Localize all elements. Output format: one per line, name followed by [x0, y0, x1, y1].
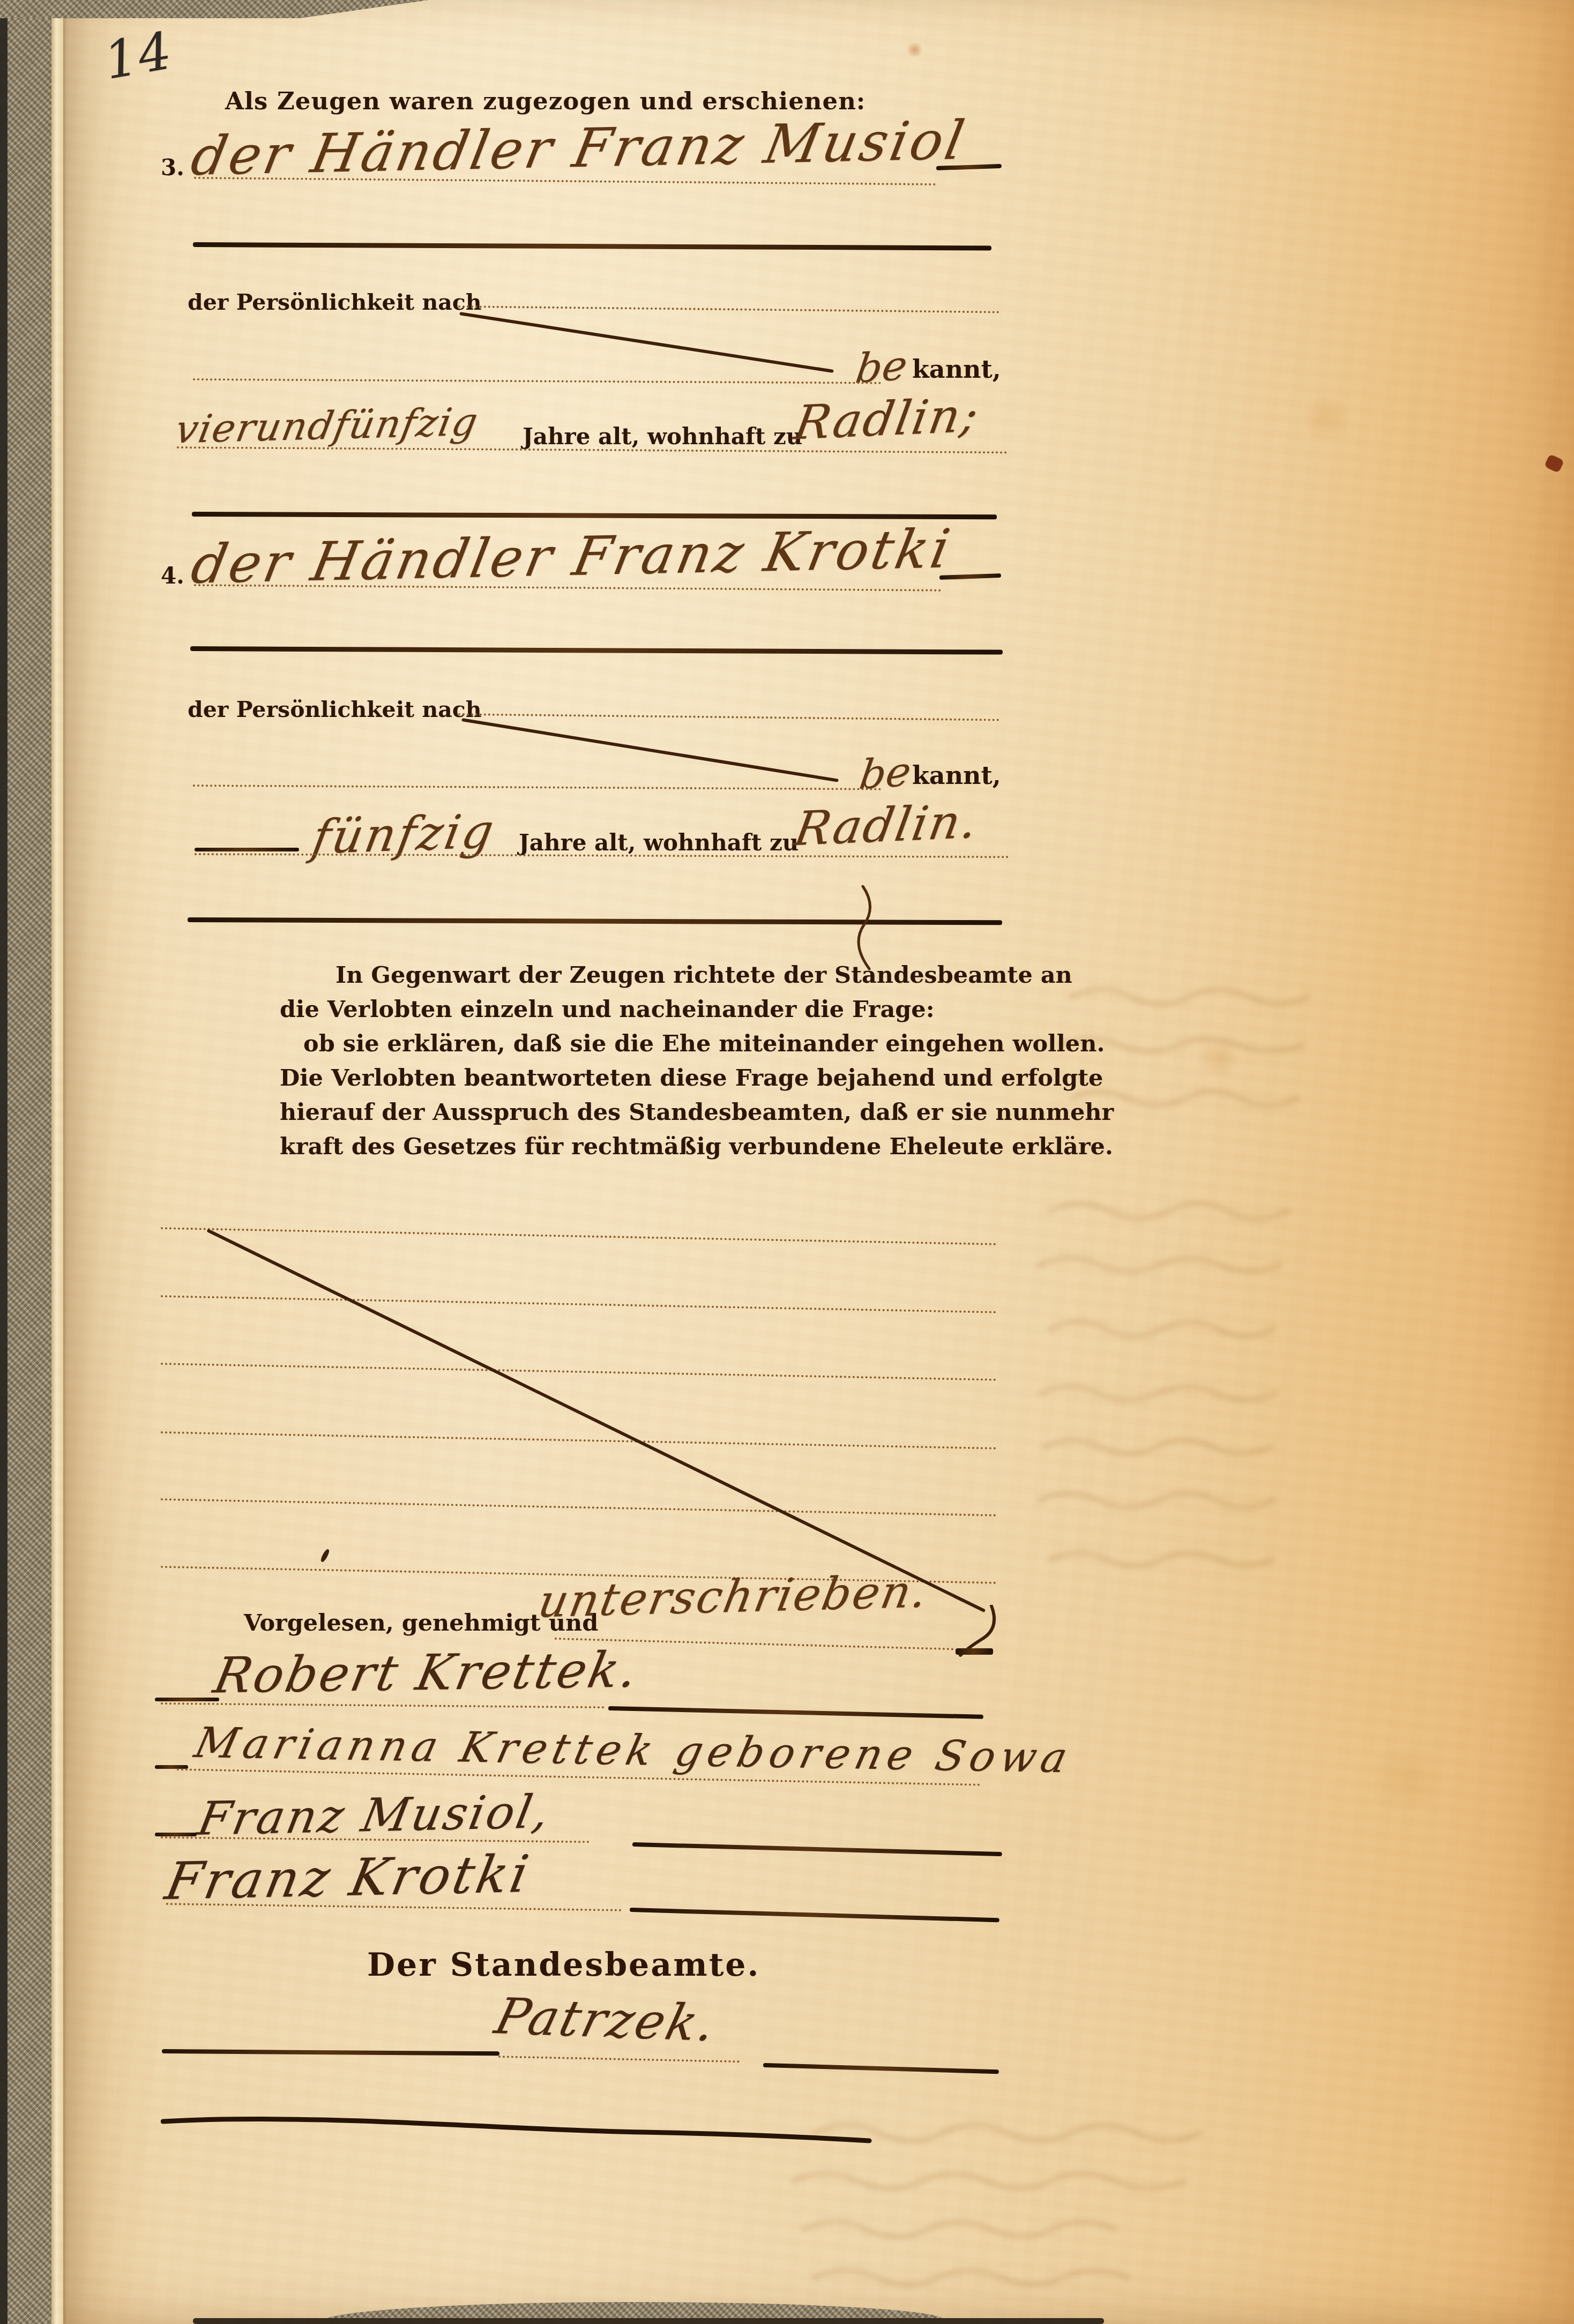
witness3-identity-label: der Persönlichkeit nach	[188, 289, 482, 315]
declaration-line: kraft des Gesetzes für rechtmäßig verbun…	[280, 1130, 1030, 1164]
signature-groom-dash	[155, 1698, 219, 1701]
witness4-known-handwriting: be	[856, 748, 914, 798]
witness4-age-printed: Jahre alt, wohnhaft zu	[519, 830, 799, 856]
signature-groom: Robert Krettek.	[209, 1641, 644, 1704]
witness4-number: 4.	[161, 563, 184, 589]
closing-dash	[956, 1648, 993, 1655]
witness3-known-printed: kannt,	[912, 355, 1001, 384]
closing-handwriting: unterschrieben.	[534, 1565, 933, 1628]
witness3-age-printed: Jahre alt, wohnhaft zu	[523, 423, 802, 450]
witness4-age-dash	[195, 848, 299, 851]
page-number: 14	[100, 20, 177, 91]
witness3-number: 3.	[161, 154, 184, 181]
page-edge-highlight	[51, 0, 63, 2324]
witness4-known-printed: kannt,	[912, 761, 1001, 790]
book-binding-cloth	[0, 0, 56, 2324]
signature-witness3-dash	[155, 1833, 197, 1836]
declaration-paragraph: In Gegenwart der Zeugen richtete der Sta…	[280, 958, 1030, 1164]
declaration-line: Die Verlobten beantworteten diese Frage …	[280, 1061, 1030, 1095]
witness4-residence-handwriting: Radlin.	[790, 794, 983, 857]
declaration-line: In Gegenwart der Zeugen richtete der Sta…	[280, 958, 1030, 992]
witness3-residence-handwriting: Radlin;	[790, 387, 984, 451]
registrar-signature: Patrzek.	[489, 1987, 723, 2052]
registrar-label: Der Standesbeamte.	[367, 1946, 760, 1984]
declaration-line: hierauf der Ausspruch des Standesbeamten…	[280, 1095, 1030, 1130]
witnesses-heading: Als Zeugen waren zugezogen und erschiene…	[225, 87, 866, 115]
bottom-rule	[161, 2114, 874, 2146]
declaration-line: die Verlobten einzeln und nacheinander d…	[280, 992, 1030, 1027]
witness4-identity-label: der Persönlichkeit nach	[188, 697, 482, 722]
binding-bottom-shadow	[193, 2318, 1104, 2324]
binding-dark-edge	[0, 0, 8, 2324]
witness3-age-handwriting: vierundfünfzig	[172, 399, 482, 452]
witness3-known-handwriting: be	[853, 341, 910, 392]
signature-witness4: Franz Krotki	[161, 1844, 536, 1911]
declaration-line: ob sie erklären, daß sie die Ehe miteina…	[280, 1027, 1030, 1061]
document-scan: 14 Als Zeugen waren zugezogen und erschi…	[0, 0, 1574, 2324]
